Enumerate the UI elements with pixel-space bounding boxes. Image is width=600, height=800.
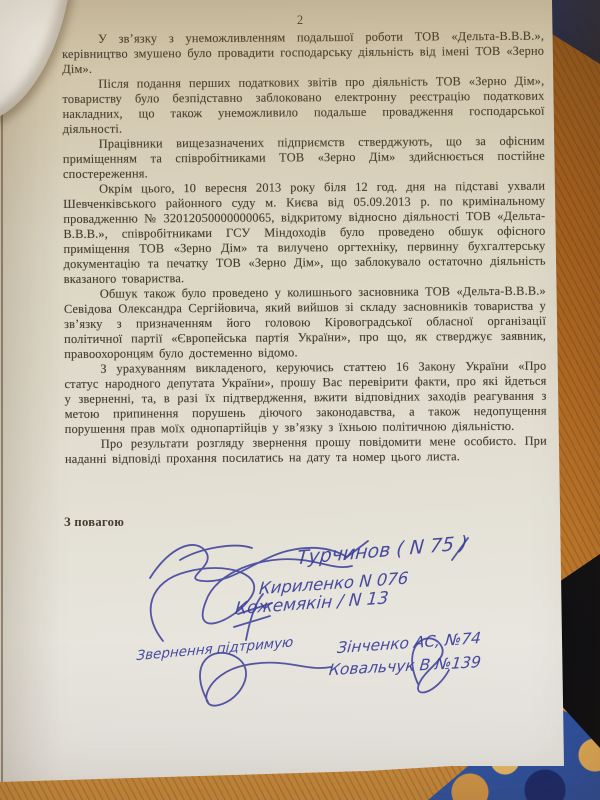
handwritten-name-1: Турчинов ( N 75 ) — [296, 532, 468, 569]
paragraph: У зв’язку з унеможливленням подальшої ро… — [62, 29, 544, 77]
photo-scene: 2 У зв’язку з унеможливленням подальшої … — [0, 0, 600, 800]
paper-left-edge — [1, 110, 3, 782]
handwritten-endorsement: Звернення підтримую — [136, 634, 294, 664]
handwritten-name-4: Зінченко АС, №74 — [336, 629, 481, 657]
signature-scribble — [180, 546, 252, 560]
paragraph: Працівники вищезазначених підприємств ст… — [63, 134, 545, 182]
paragraph: Окрім цього, 10 вересня 2013 року біля 1… — [63, 179, 546, 287]
document-body: У зв’язку з унеможливленням подальшої ро… — [62, 29, 547, 467]
handwritten-name-5: Ковальчук В №139 — [328, 653, 482, 679]
handwritten-name-3: Кожемякін / N 13 — [234, 588, 389, 619]
document-page: 2 У зв’язку з унеможливленням подальшої … — [0, 0, 600, 800]
paragraph: З урахуванням викладеного, керуючись ста… — [64, 359, 547, 437]
page-number: 2 — [290, 13, 310, 28]
paragraph: Обшук також було проведено у колишнього … — [64, 284, 547, 362]
closing-salutation: З повагою — [64, 515, 124, 530]
signature-scribble — [200, 653, 331, 706]
paragraph: Після подання перших податкових звітів п… — [62, 74, 544, 137]
paragraph: Про результати розгляду звернення прошу … — [65, 434, 547, 467]
